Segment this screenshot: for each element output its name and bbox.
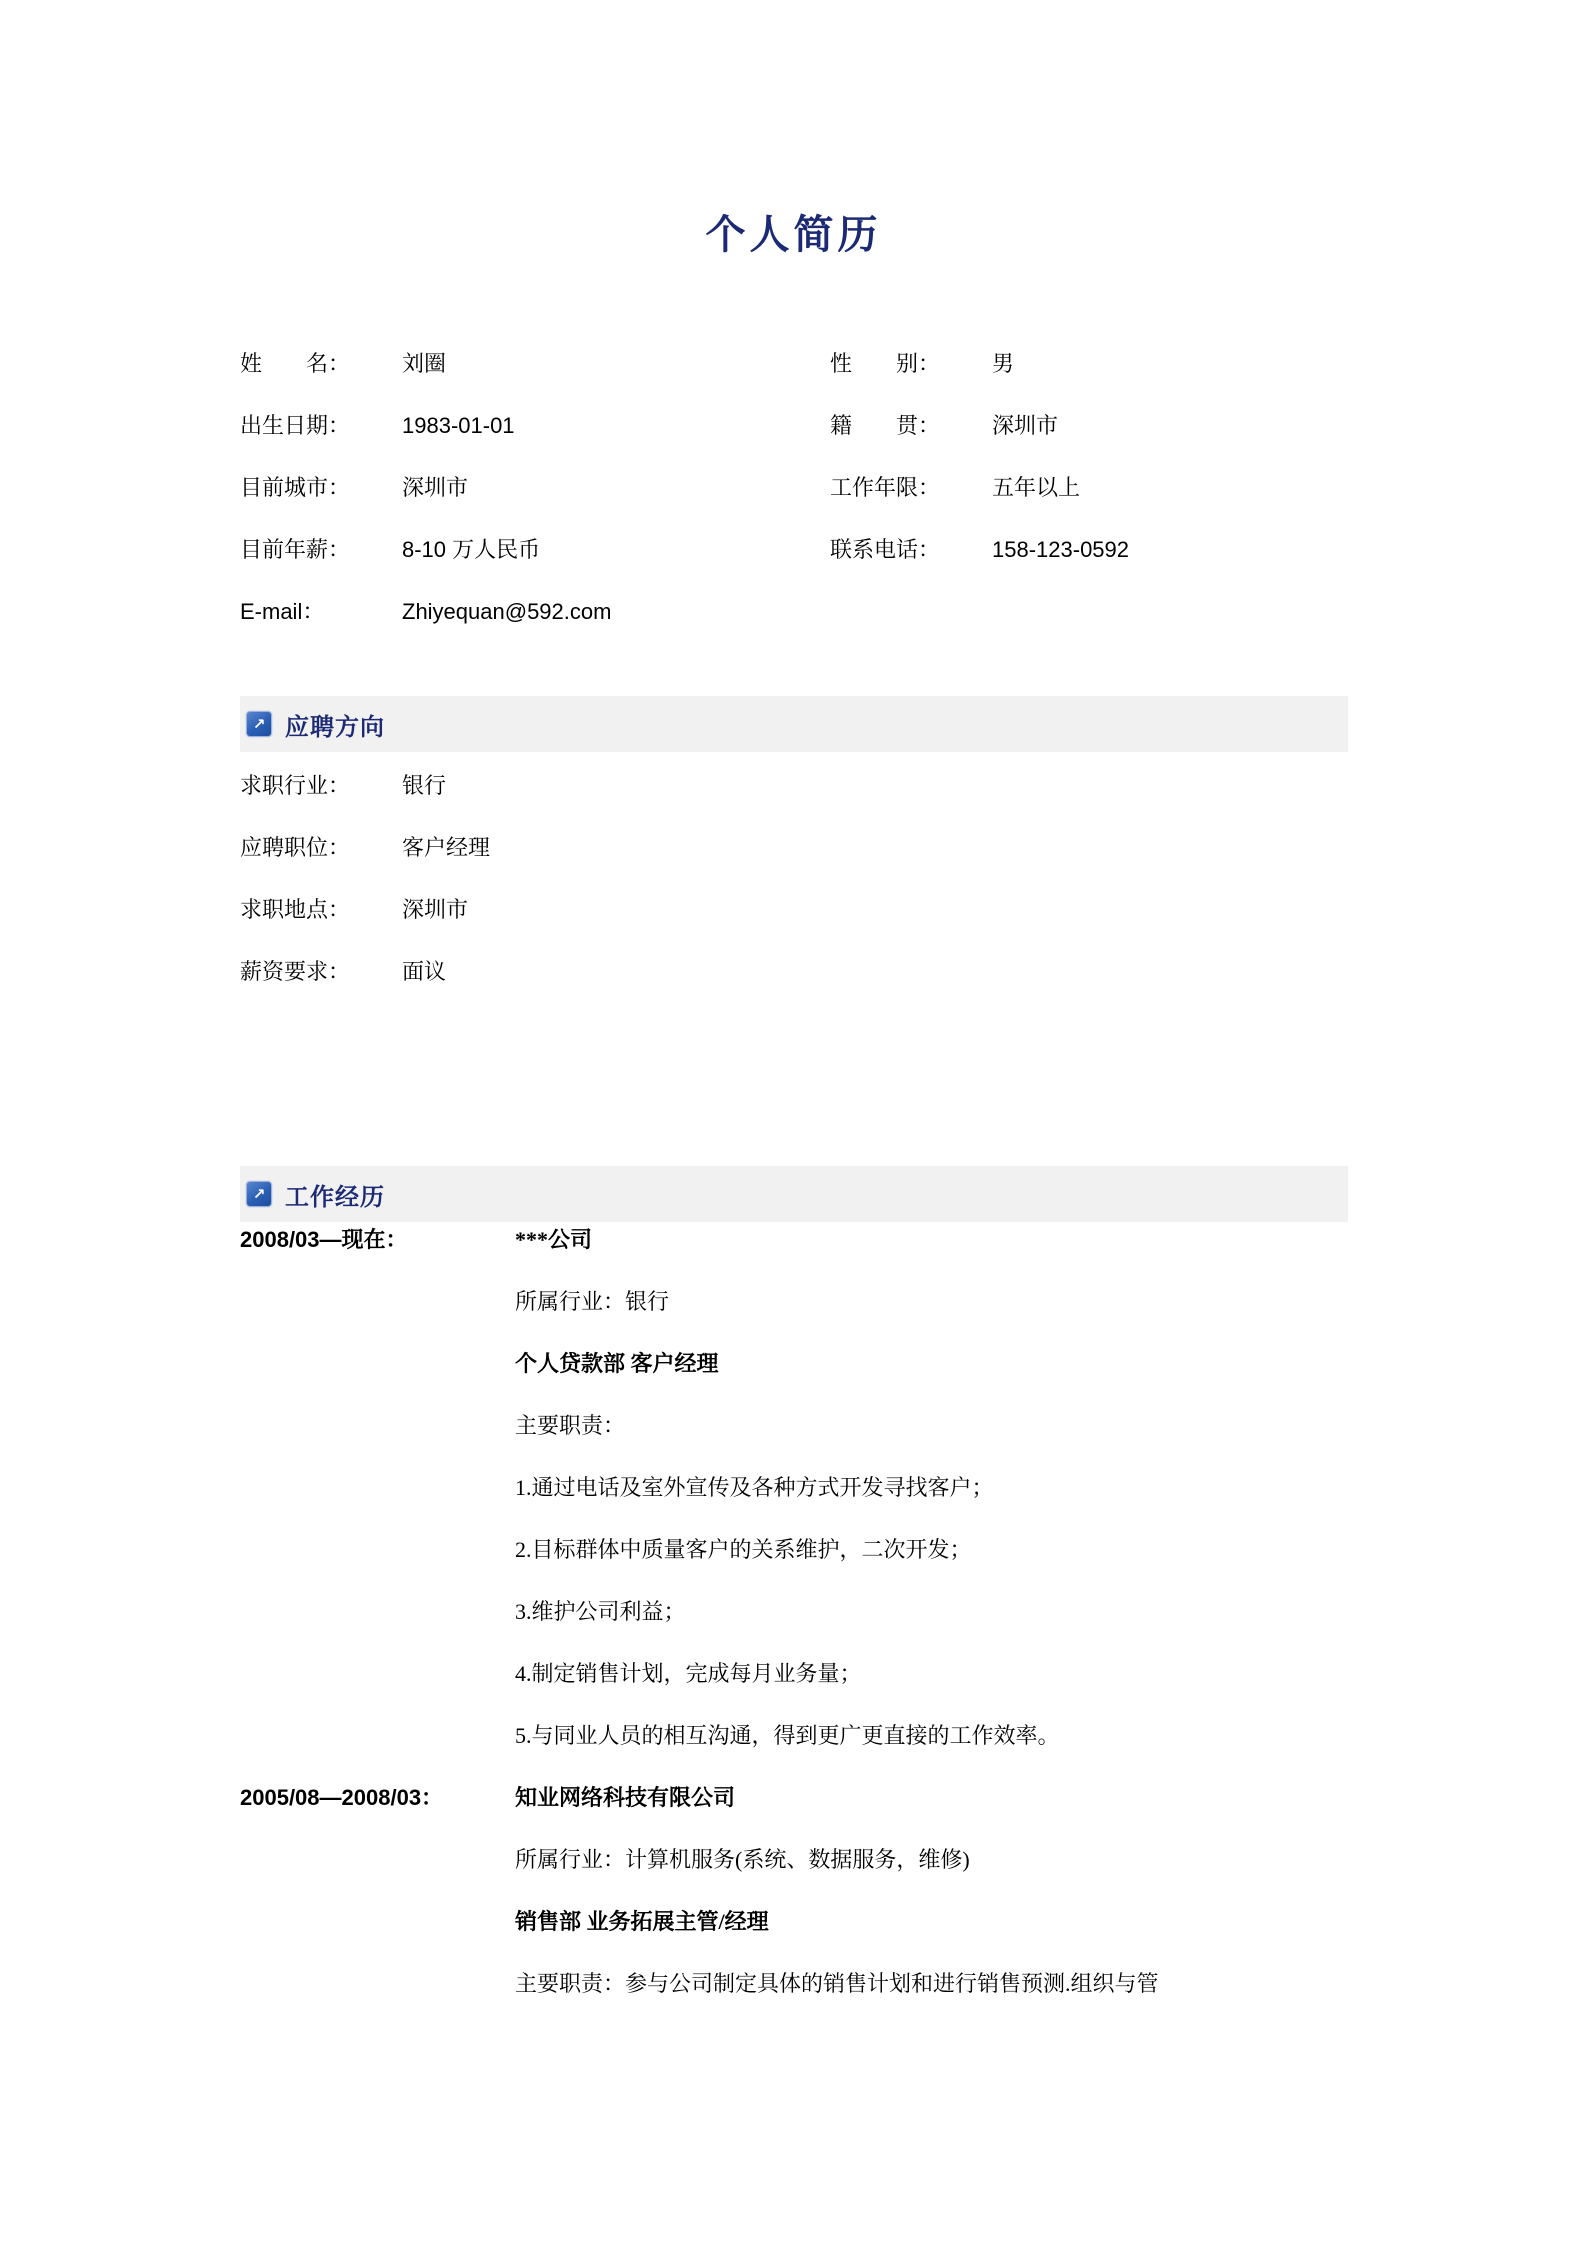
profile-row: 目前年薪： 8-10 万人民币 联系电话： 158-123-0592 xyxy=(240,536,1350,598)
work-years-value: 五年以上 xyxy=(992,474,1080,502)
experience-line: 2005/08—2008/03： 知业网络科技有限公司 xyxy=(240,1784,1350,1846)
resume-document: 个人简历 姓 名： 刘圈 性 别： 男 出生日期： 1983-01-01 籍 贯… xyxy=(0,0,1587,2245)
experience-line: 1.通过电话及室外宣传及各种方式开发寻找客户； xyxy=(240,1474,1350,1536)
section-title-direction: 应聘方向 xyxy=(285,707,385,742)
experience-section: 2008/03—现在： ***公司 所属行业：银行 个人贷款部 客户经理 主要职… xyxy=(240,1226,1350,2032)
current-salary-value: 8-10 万人民币 xyxy=(402,536,540,564)
current-city-label: 目前城市： xyxy=(240,474,352,502)
experience-period: 2008/03—现在： xyxy=(240,1226,515,1254)
company-name: ***公司 xyxy=(515,1226,1350,1254)
experience-line: 主要职责：参与公司制定具体的销售计划和进行销售预测.组织与管 xyxy=(240,1970,1350,2032)
name-label: 姓 名： xyxy=(240,350,352,378)
salary-requirement-label: 薪资要求： xyxy=(240,958,352,986)
experience-line: 5.与同业人员的相互沟通，得到更广更直接的工作效率。 xyxy=(240,1722,1350,1784)
duty-item: 1.通过电话及室外宣传及各种方式开发寻找客户； xyxy=(515,1474,1350,1502)
target-position-value: 客户经理 xyxy=(402,834,490,862)
duties-intro: 主要职责：参与公司制定具体的销售计划和进行销售预测.组织与管 xyxy=(515,1970,1350,1998)
phone-label: 联系电话： xyxy=(830,536,942,564)
direction-row: 求职地点： 深圳市 xyxy=(240,896,1350,958)
gender-label: 性 别： xyxy=(830,350,942,378)
direction-row: 求职行业： 银行 xyxy=(240,772,1350,834)
page-title: 个人简历 xyxy=(0,203,1587,260)
phone-value: 158-123-0592 xyxy=(992,536,1129,564)
experience-line: 4.制定销售计划，完成每月业务量； xyxy=(240,1660,1350,1722)
experience-line: 销售部 业务拓展主管/经理 xyxy=(240,1908,1350,1970)
direction-row: 薪资要求： 面议 xyxy=(240,958,1350,1020)
company-industry: 所属行业：计算机服务(系统、数据服务，维修) xyxy=(515,1846,1350,1874)
job-position: 个人贷款部 客户经理 xyxy=(515,1350,1350,1378)
section-header-direction: ↗ 应聘方向 xyxy=(240,696,1348,752)
experience-line: 个人贷款部 客户经理 xyxy=(240,1350,1350,1412)
company-industry: 所属行业：银行 xyxy=(515,1288,1350,1316)
profile-info: 姓 名： 刘圈 性 别： 男 出生日期： 1983-01-01 籍 贯： 深圳市… xyxy=(240,350,1350,660)
current-salary-label: 目前年薪： xyxy=(240,536,352,564)
job-position: 销售部 业务拓展主管/经理 xyxy=(515,1908,1350,1936)
company-name: 知业网络科技有限公司 xyxy=(515,1784,1350,1812)
email-label: E-mail： xyxy=(240,598,352,626)
duties-heading: 主要职责： xyxy=(515,1412,1350,1440)
direction-row: 应聘职位： 客户经理 xyxy=(240,834,1350,896)
email-value: Zhiyequan@592.com xyxy=(402,598,611,626)
experience-line: 主要职责： xyxy=(240,1412,1350,1474)
experience-line: 所属行业：计算机服务(系统、数据服务，维修) xyxy=(240,1846,1350,1908)
experience-line: 3.维护公司利益； xyxy=(240,1598,1350,1660)
profile-row: 出生日期： 1983-01-01 籍 贯： 深圳市 xyxy=(240,412,1350,474)
arrow-up-right-icon: ↗ xyxy=(246,711,272,737)
section-title-experience: 工作经历 xyxy=(285,1177,385,1212)
name-value: 刘圈 xyxy=(402,350,446,378)
current-city-value: 深圳市 xyxy=(402,474,468,502)
target-industry-label: 求职行业： xyxy=(240,772,352,800)
experience-line: 所属行业：银行 xyxy=(240,1288,1350,1350)
hometown-label: 籍 贯： xyxy=(830,412,942,440)
experience-line: 2008/03—现在： ***公司 xyxy=(240,1226,1350,1288)
gender-value: 男 xyxy=(992,350,1014,378)
experience-line: 2.目标群体中质量客户的关系维护，二次开发； xyxy=(240,1536,1350,1598)
duty-item: 2.目标群体中质量客户的关系维护，二次开发； xyxy=(515,1536,1350,1564)
work-years-label: 工作年限： xyxy=(830,474,942,502)
duty-item: 3.维护公司利益； xyxy=(515,1598,1350,1626)
target-industry-value: 银行 xyxy=(402,772,446,800)
target-location-label: 求职地点： xyxy=(240,896,352,924)
target-position-label: 应聘职位： xyxy=(240,834,352,862)
birthdate-label: 出生日期： xyxy=(240,412,352,440)
target-location-value: 深圳市 xyxy=(402,896,468,924)
experience-period: 2005/08—2008/03： xyxy=(240,1784,515,1812)
direction-section: 求职行业： 银行 应聘职位： 客户经理 求职地点： 深圳市 薪资要求： 面议 xyxy=(240,772,1350,1020)
arrow-up-right-icon: ↗ xyxy=(246,1181,272,1207)
duty-item: 4.制定销售计划，完成每月业务量； xyxy=(515,1660,1350,1688)
birthdate-value: 1983-01-01 xyxy=(402,412,515,440)
salary-requirement-value: 面议 xyxy=(402,958,446,986)
duty-item: 5.与同业人员的相互沟通，得到更广更直接的工作效率。 xyxy=(515,1722,1350,1750)
hometown-value: 深圳市 xyxy=(992,412,1058,440)
profile-row: 姓 名： 刘圈 性 别： 男 xyxy=(240,350,1350,412)
profile-row: 目前城市： 深圳市 工作年限： 五年以上 xyxy=(240,474,1350,536)
profile-row: E-mail： Zhiyequan@592.com xyxy=(240,598,1350,660)
section-header-experience: ↗ 工作经历 xyxy=(240,1166,1348,1222)
